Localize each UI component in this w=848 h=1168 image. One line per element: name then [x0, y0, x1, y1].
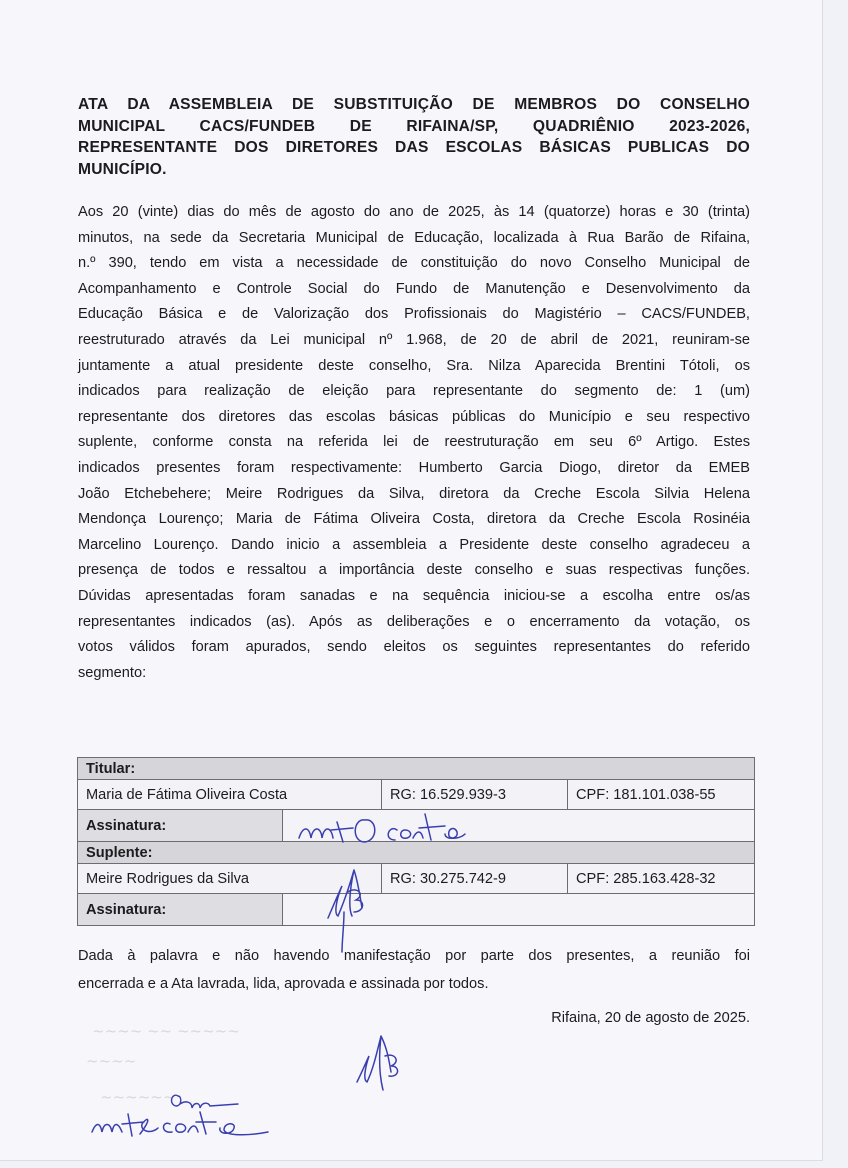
body-line-text: n.º 390, tendo em vista a necessidade de…: [78, 251, 750, 277]
suplente-label: Suplente:: [78, 842, 755, 864]
titular-name: Maria de Fátima Oliveira Costa: [78, 780, 382, 810]
body-line: presença de todos e ressaltou a importân…: [78, 558, 750, 584]
titular-data-row: Maria de Fátima Oliveira Costa RG: 16.52…: [78, 780, 755, 810]
titular-signature-row: Assinatura:: [78, 810, 755, 842]
body-line: Aos 20 (vinte) dias do mês de agosto do …: [78, 200, 750, 226]
closing-line: Dada à palavra e não havendo manifestaçã…: [78, 942, 750, 970]
body-line-text: Dúvidas apresentadas foram sanadas e na …: [78, 584, 750, 610]
body-line-text: indicados para realização de eleição par…: [78, 379, 750, 405]
body-line: representantes indicados (as). Após as d…: [78, 610, 750, 636]
body-line-text: votos válidos foram apurados, sendo elei…: [78, 635, 750, 661]
body-line-text: Marcelino Lourenço. Dando inicio a assem…: [78, 533, 750, 559]
place-and-date: Rifaina, 20 de agosto de 2025.: [551, 1010, 750, 1026]
body-line-text: Mendonça Lourenço; Maria de Fátima Olive…: [78, 507, 750, 533]
body-line: reestruturado através da Lei municipal n…: [78, 328, 750, 354]
body-line-text: suplente, conforme consta na referida le…: [78, 430, 750, 456]
titular-label: Titular:: [78, 758, 755, 780]
representatives-table: Titular: Maria de Fátima Oliveira Costa …: [77, 757, 755, 926]
body-line-text: juntamente a atual presidente deste cons…: [78, 354, 750, 380]
closing-paragraph: Dada à palavra e não havendo manifestaçã…: [78, 942, 750, 998]
body-line-text: Aos 20 (vinte) dias do mês de agosto do …: [78, 200, 750, 226]
body-line: juntamente a atual presidente deste cons…: [78, 354, 750, 380]
body-line-text: Acompanhamento e Controle Social do Fund…: [78, 277, 750, 303]
body-line: suplente, conforme consta na referida le…: [78, 430, 750, 456]
suplente-name: Meire Rodrigues da Silva: [78, 864, 382, 894]
title-line: REPRESENTANTE DOS DIRETORES DAS ESCOLAS …: [78, 137, 750, 159]
body-line-text: João Etchebehere; Meire Rodrigues da Sil…: [78, 482, 750, 508]
body-line: votos válidos foram apurados, sendo elei…: [78, 635, 750, 661]
body-line: Educação Básica e de Valorização dos Pro…: [78, 302, 750, 328]
document-title: ATA DA ASSEMBLEIA DE SUBSTITUIÇÃO DE MEM…: [78, 94, 750, 180]
body-line: indicados para realização de eleição par…: [78, 379, 750, 405]
body-line-text: presença de todos e ressaltou a importân…: [78, 558, 750, 584]
body-line: n.º 390, tendo em vista a necessidade de…: [78, 251, 750, 277]
body-line-text: reestruturado através da Lei municipal n…: [78, 328, 750, 354]
bleed-through-text: ~~~~~~: [100, 1088, 175, 1106]
body-line: indicados presentes foram respectivament…: [78, 456, 750, 482]
titular-header-row: Titular:: [78, 758, 755, 780]
title-line: MUNICIPAL CACS/FUNDEB DE RIFAINA/SP, QUA…: [78, 116, 750, 138]
suplente-signature-label: Assinatura:: [78, 894, 283, 926]
suplente-header-row: Suplente:: [78, 842, 755, 864]
body-line: Mendonça Lourenço; Maria de Fátima Olive…: [78, 507, 750, 533]
bleed-through-text: ~~~~ ~~ ~~~~~: [92, 1022, 240, 1040]
titular-cpf: CPF: 181.101.038-55: [568, 780, 755, 810]
body-line-text: representantes indicados (as). Após as d…: [78, 610, 750, 636]
suplente-signature-field: [283, 894, 755, 926]
closing-line: encerrada e a Ata lavrada, lida, aprovad…: [78, 970, 750, 998]
title-line: ATA DA ASSEMBLEIA DE SUBSTITUIÇÃO DE MEM…: [78, 94, 750, 116]
minutes-body: Aos 20 (vinte) dias do mês de agosto do …: [78, 200, 750, 686]
title-line: MUNICÍPIO.: [78, 159, 750, 181]
suplente-rg: RG: 30.275.742-9: [382, 864, 568, 894]
body-line-text: representante dos diretores das escolas …: [78, 405, 750, 431]
suplente-signature-row: Assinatura:: [78, 894, 755, 926]
titular-rg: RG: 16.529.939-3: [382, 780, 568, 810]
body-line: minutos, na sede da Secretaria Municipal…: [78, 226, 750, 252]
titular-signature-field: [283, 810, 755, 842]
body-line: segmento:: [78, 661, 750, 687]
body-line: João Etchebehere; Meire Rodrigues da Sil…: [78, 482, 750, 508]
titular-signature-label: Assinatura:: [78, 810, 283, 842]
suplente-data-row: Meire Rodrigues da Silva RG: 30.275.742-…: [78, 864, 755, 894]
body-line-text: minutos, na sede da Secretaria Municipal…: [78, 226, 750, 252]
body-line: representante dos diretores das escolas …: [78, 405, 750, 431]
body-line: Dúvidas apresentadas foram sanadas e na …: [78, 584, 750, 610]
bleed-through-text: ~~~~: [86, 1052, 136, 1070]
body-line-text: indicados presentes foram respectivament…: [78, 456, 750, 482]
body-line: Acompanhamento e Controle Social do Fund…: [78, 277, 750, 303]
body-line-text: segmento:: [78, 661, 750, 687]
suplente-cpf: CPF: 285.163.428-32: [568, 864, 755, 894]
body-line-text: Educação Básica e de Valorização dos Pro…: [78, 302, 750, 328]
body-line: Marcelino Lourenço. Dando inicio a assem…: [78, 533, 750, 559]
